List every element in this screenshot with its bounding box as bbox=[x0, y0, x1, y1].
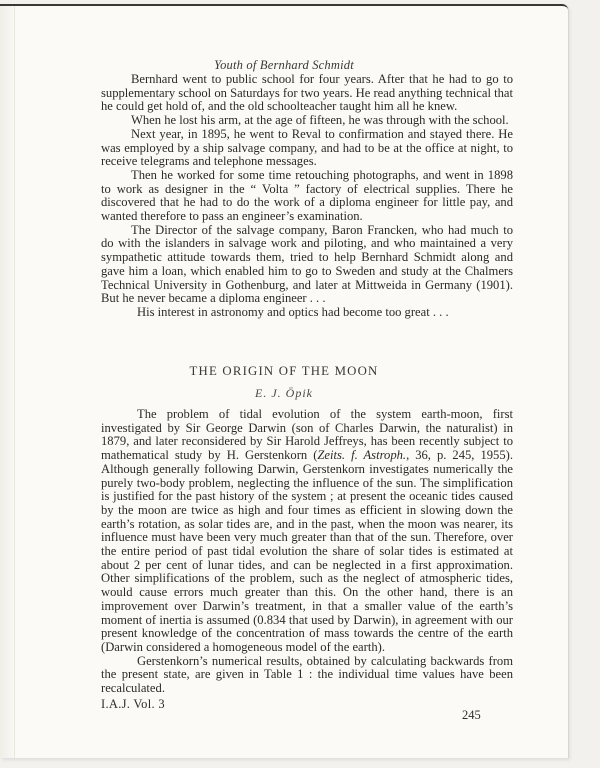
schmidt-section: Bernhard went to public school for four … bbox=[101, 73, 513, 320]
article-title: THE ORIGIN OF THE MOON bbox=[0, 364, 568, 379]
paragraph: Next year, in 1895, he went to Reval to … bbox=[101, 128, 513, 169]
document-page: Youth of Bernhard Schmidt Bernhard went … bbox=[0, 4, 568, 758]
paragraph: His interest in astronomy and optics had… bbox=[101, 306, 513, 320]
paragraph: When he lost his arm, at the age of fift… bbox=[101, 114, 513, 128]
page-number: 245 bbox=[462, 708, 481, 723]
paragraph: The Director of the salvage company, Bar… bbox=[101, 224, 513, 306]
paragraph: Gerstenkorn’s numerical results, obtaine… bbox=[101, 655, 513, 696]
paragraph-text: , 36, p. 245, 1955). Although generally … bbox=[101, 448, 513, 654]
journal-footer: I.A.J. Vol. 3 bbox=[101, 697, 165, 712]
paragraph: Then he worked for some time retouching … bbox=[101, 169, 513, 224]
article-body: The problem of tidal evolution of the sy… bbox=[101, 408, 513, 696]
paragraph: Bernhard went to public school for four … bbox=[101, 73, 513, 114]
paragraph: The problem of tidal evolution of the sy… bbox=[101, 408, 513, 655]
running-head: Youth of Bernhard Schmidt bbox=[0, 58, 568, 73]
gutter-fold-line bbox=[14, 6, 15, 758]
journal-citation: Zeits. f. Astroph. bbox=[317, 448, 406, 462]
article-author: E. J. Öpik bbox=[0, 386, 568, 401]
